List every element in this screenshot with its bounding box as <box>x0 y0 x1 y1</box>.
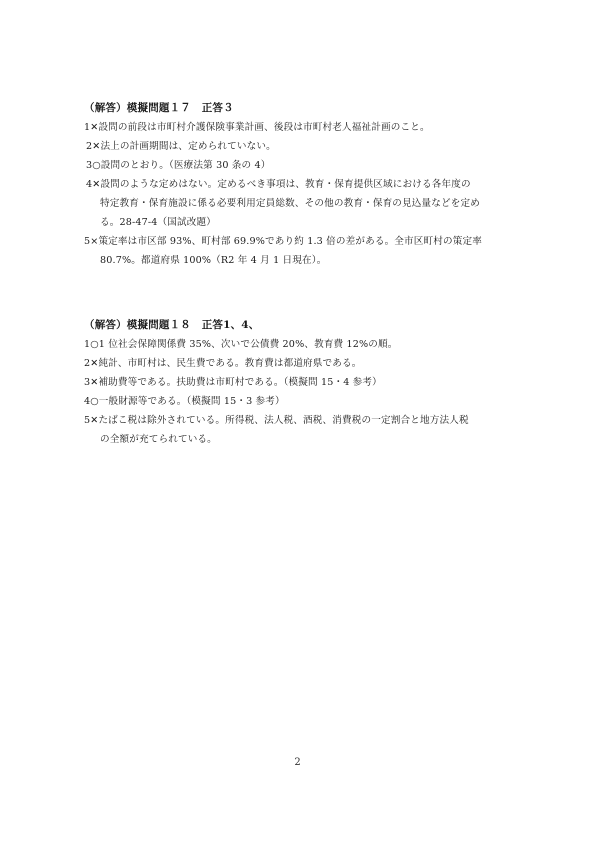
answer-17-item-4: 4✕設問のような定めはない。定めるべき事項は、教育・保育提供区域における各年度の <box>84 175 524 194</box>
answer-18-item-5-continued: の全額が充てられている。 <box>84 430 524 449</box>
answer-heading-17: （解答）模擬問題１７ 正答３ <box>84 99 524 118</box>
answer-18-item-2: 2✕純計、市町村は、民生費である。教育費は都道府県である。 <box>84 354 524 373</box>
answer-18-item-4: 4○一般財源等である。（模擬問 15・3 参考） <box>84 392 524 411</box>
answer-section-17: （解答）模擬問題１７ 正答３ 1✕設問の前段は市町村介護保険事業計画、後段は市町… <box>84 99 524 270</box>
page-number: 2 <box>0 757 595 768</box>
answer-18-item-1: 1○1 位社会保障関係費 35%、次いで公債費 20%、教育費 12%の順。 <box>84 335 524 354</box>
answer-17-item-2: 2✕法上の計画期間は、定められていない。 <box>84 137 524 156</box>
answer-17-item-1: 1✕設問の前段は市町村介護保険事業計画、後段は市町村老人福祉計画のこと。 <box>84 118 524 137</box>
answer-17-item-5-continued: 80.7%。都道府県 100%（R2 年 4 月 1 日現在）。 <box>84 251 524 270</box>
answer-17-item-4-continued-2: る。28-47-4（国試改題） <box>84 213 524 232</box>
answer-17-item-5: 5×策定率は市区部 93%、町村部 69.9%であり約 1.3 倍の差がある。全… <box>84 232 524 251</box>
answer-section-18: （解答）模擬問題１８ 正答1、4、 1○1 位社会保障関係費 35%、次いで公債… <box>84 316 524 449</box>
answer-17-item-3: 3○設問のとおり。（医療法第 30 条の 4） <box>84 156 524 175</box>
answer-18-item-5: 5✕たばこ税は除外されている。所得税、法人税、酒税、消費税の一定割合と地方法人税 <box>84 411 524 430</box>
answer-17-item-4-continued: 特定教育・保育施設に係る必要利用定員総数、その他の教育・保育の見込量などを定め <box>84 194 524 213</box>
answer-18-item-3: 3✕補助費等である。扶助費は市町村である。（模擬問 15・4 参考） <box>84 373 524 392</box>
answer-heading-18: （解答）模擬問題１８ 正答1、4、 <box>84 316 524 335</box>
